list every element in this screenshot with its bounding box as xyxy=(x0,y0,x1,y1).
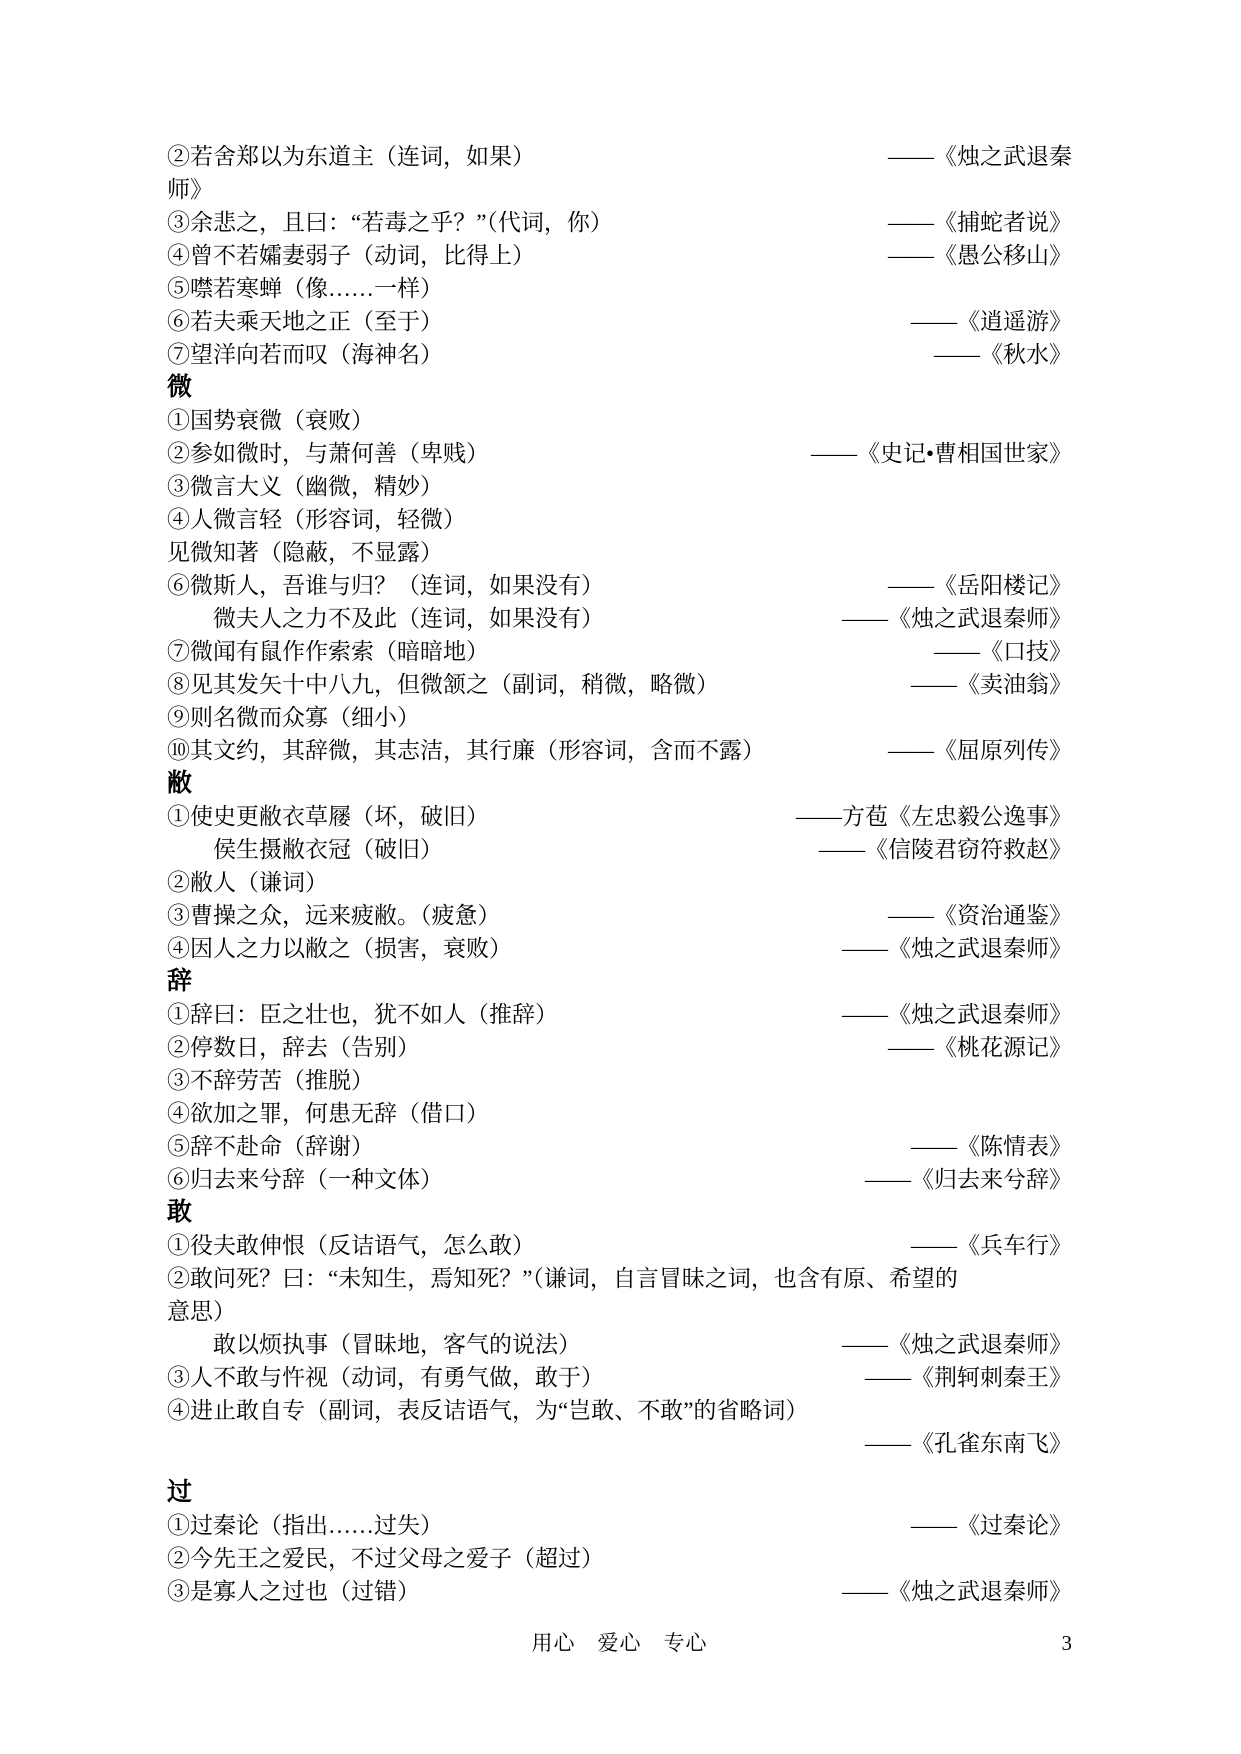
source-citation: ——《孔雀东南飞》 xyxy=(853,1427,1072,1460)
source-citation: ——《资治通鉴》 xyxy=(876,899,1072,932)
section-heading: 敢 xyxy=(167,1196,1072,1229)
glossary-line: ⑦望洋向若而叹（海神名）——《秋水》 xyxy=(167,338,1072,371)
source-citation: ——《过秦论》 xyxy=(899,1509,1072,1542)
glossary-line: ⑤辞不赴命（辞谢）——《陈情表》 xyxy=(167,1130,1072,1163)
heading-word: 敝 xyxy=(167,767,192,800)
source-citation: ——《烛之武退秦师》 xyxy=(830,1575,1072,1608)
source-citation: ——《秋水》 xyxy=(922,338,1072,371)
section-heading: 敝 xyxy=(167,767,1072,800)
glossary-line: ④进止敢自专（副词，表反诘语气，为“岂敢、不敢”的省略词） xyxy=(167,1394,1072,1427)
example-text: 敢以烦执事（冒昧地，客气的说法） xyxy=(167,1328,581,1361)
heading-word: 敢 xyxy=(167,1196,192,1229)
example-text: ①辞曰：臣之壮也，犹不如人（推辞） xyxy=(167,998,558,1031)
source-citation: ——《卖油翁》 xyxy=(899,668,1072,701)
glossary-line: ②停数日，辞去（告别）——《桃花源记》 xyxy=(167,1031,1072,1064)
example-text: ④欲加之罪，何患无辞（借口） xyxy=(167,1097,489,1130)
heading-word: 辞 xyxy=(167,965,192,998)
source-citation: ——《烛之武退秦师》 xyxy=(830,932,1072,965)
glossary-line: ⑥归去来兮辞（一种文体）——《归去来兮辞》 xyxy=(167,1163,1072,1196)
example-text: ⑥归去来兮辞（一种文体） xyxy=(167,1163,443,1196)
example-text: ⑨则名微而众寡（细小） xyxy=(167,701,420,734)
example-text: ③微言大义（幽微，精妙） xyxy=(167,470,443,503)
example-text: ②停数日，辞去（告别） xyxy=(167,1031,420,1064)
example-text: ④进止敢自专（副词，表反诘语气，为“岂敢、不敢”的省略词） xyxy=(167,1394,808,1427)
glossary-line: ④因人之力以敝之（损害，衰败）——《烛之武退秦师》 xyxy=(167,932,1072,965)
source-citation: ——《逍遥游》 xyxy=(899,305,1072,338)
example-text: ①过秦论（指出……过失） xyxy=(167,1509,443,1542)
example-text: ⑩其文约，其辞微，其志洁，其行廉（形容词，含而不露） xyxy=(167,734,765,767)
glossary-line: 师》 xyxy=(167,173,1072,206)
example-text: 微夫人之力不及此（连词，如果没有） xyxy=(167,602,604,635)
source-citation: ——《烛之武退秦师》 xyxy=(830,998,1072,1031)
glossary-line: 敢以烦执事（冒昧地，客气的说法）——《烛之武退秦师》 xyxy=(167,1328,1072,1361)
source-citation: ——《兵车行》 xyxy=(899,1229,1072,1262)
glossary-line: ⑦微闻有鼠作作索索（暗暗地）——《口技》 xyxy=(167,635,1072,668)
source-citation: ——《桃花源记》 xyxy=(876,1031,1072,1064)
glossary-line: ⑤噤若寒蝉（像……一样） xyxy=(167,272,1072,305)
source-citation: ——《烛之武退秦师》 xyxy=(830,602,1072,635)
example-text: ⑥微斯人，吾谁与归？（连词，如果没有） xyxy=(167,569,604,602)
example-text: ③是寡人之过也（过错） xyxy=(167,1575,420,1608)
example-text: ⑦望洋向若而叹（海神名） xyxy=(167,338,443,371)
section-heading: 辞 xyxy=(167,965,1072,998)
glossary-line: ③不辞劳苦（推脱） xyxy=(167,1064,1072,1097)
footer-motto: 用心 爱心 专心 xyxy=(167,1628,1072,1658)
source-citation: ——《口技》 xyxy=(922,635,1072,668)
example-text: 侯生摄敝衣冠（破旧） xyxy=(167,833,443,866)
glossary-line: ④人微言轻（形容词，轻微） xyxy=(167,503,1072,536)
glossary-line: 见微知著（隐蔽，不显露） xyxy=(167,536,1072,569)
glossary-line: ④欲加之罪，何患无辞（借口） xyxy=(167,1097,1072,1130)
example-text: 意思） xyxy=(167,1295,236,1328)
example-text: ②参如微时，与萧何善（卑贱） xyxy=(167,437,489,470)
heading-word: 过 xyxy=(167,1476,192,1509)
glossary-line: ②敢问死？曰：“未知生，焉知死？”（谦词，自言冒昧之词，也含有原、希望的 xyxy=(167,1262,1072,1295)
glossary-line: 微夫人之力不及此（连词，如果没有）——《烛之武退秦师》 xyxy=(167,602,1072,635)
source-citation: ——《屈原列传》 xyxy=(876,734,1072,767)
glossary-line: ——《孔雀东南飞》 xyxy=(167,1427,1072,1460)
glossary-line: ①役夫敢伸恨（反诘语气，怎么敢）——《兵车行》 xyxy=(167,1229,1072,1262)
glossary-line: ⑥微斯人，吾谁与归？（连词，如果没有）——《岳阳楼记》 xyxy=(167,569,1072,602)
glossary-line: 侯生摄敝衣冠（破旧）——《信陵君窃符救赵》 xyxy=(167,833,1072,866)
example-text: ①役夫敢伸恨（反诘语气，怎么敢） xyxy=(167,1229,535,1262)
example-text: ⑤噤若寒蝉（像……一样） xyxy=(167,272,443,305)
source-citation: ——《岳阳楼记》 xyxy=(876,569,1072,602)
page-number: 3 xyxy=(1062,1628,1073,1658)
section-heading: 过 xyxy=(167,1476,1072,1509)
example-text: ①国势衰微（衰败） xyxy=(167,404,374,437)
source-citation: ——《信陵君窃符救赵》 xyxy=(807,833,1072,866)
glossary-line: ③余悲之，且曰：“若毒之乎？”（代词，你）——《捕蛇者说》 xyxy=(167,206,1072,239)
example-text: 师》 xyxy=(167,173,213,206)
example-text: ②敝人（谦词） xyxy=(167,866,328,899)
example-text: ③人不敢与忤视（动词，有勇气做，敢于） xyxy=(167,1361,604,1394)
example-text: ④人微言轻（形容词，轻微） xyxy=(167,503,466,536)
glossary-line: ①辞曰：臣之壮也，犹不如人（推辞）——《烛之武退秦师》 xyxy=(167,998,1072,1031)
glossary-line: ②今先王之爱民，不过父母之爱子（超过） xyxy=(167,1542,1072,1575)
source-citation: ——《归去来兮辞》 xyxy=(853,1163,1072,1196)
glossary-line: ①使史更敝衣草屦（坏，破旧）——方苞《左忠毅公逸事》 xyxy=(167,800,1072,833)
source-citation: ——《烛之武退秦 xyxy=(876,140,1072,173)
glossary-line: 意思） xyxy=(167,1295,1072,1328)
example-text: ⑤辞不赴命（辞谢） xyxy=(167,1130,374,1163)
example-text: ⑥若夫乘天地之正（至于） xyxy=(167,305,443,338)
source-citation: ——《陈情表》 xyxy=(899,1130,1072,1163)
example-text: ⑦微闻有鼠作作索索（暗暗地） xyxy=(167,635,489,668)
source-citation: ——方苞《左忠毅公逸事》 xyxy=(784,800,1072,833)
example-text: ③不辞劳苦（推脱） xyxy=(167,1064,374,1097)
glossary-content: ②若舍郑以为东道主（连词，如果）——《烛之武退秦师》③余悲之，且曰：“若毒之乎？… xyxy=(167,140,1072,1608)
section-heading: 微 xyxy=(167,371,1072,404)
glossary-line: ⑥若夫乘天地之正（至于）——《逍遥游》 xyxy=(167,305,1072,338)
glossary-line: ⑧见其发矢十中八九，但微颔之（副词，稍微，略微）——《卖油翁》 xyxy=(167,668,1072,701)
glossary-line: ①过秦论（指出……过失）——《过秦论》 xyxy=(167,1509,1072,1542)
glossary-line: ②若舍郑以为东道主（连词，如果）——《烛之武退秦 xyxy=(167,140,1072,173)
example-text: ③曹操之众，远来疲敝。（疲惫） xyxy=(167,899,501,932)
source-citation: ——《捕蛇者说》 xyxy=(876,206,1072,239)
example-text: ③余悲之，且曰：“若毒之乎？”（代词，你） xyxy=(167,206,613,239)
heading-word: 微 xyxy=(167,371,192,404)
glossary-line: ⑨则名微而众寡（细小） xyxy=(167,701,1072,734)
example-text: ②敢问死？曰：“未知生，焉知死？”（谦词，自言冒昧之词，也含有原、希望的 xyxy=(167,1262,958,1295)
example-text: ④曾不若孀妻弱子（动词，比得上） xyxy=(167,239,535,272)
example-text: ②今先王之爱民，不过父母之爱子（超过） xyxy=(167,1542,604,1575)
glossary-line: ③人不敢与忤视（动词，有勇气做，敢于）——《荆轲刺秦王》 xyxy=(167,1361,1072,1394)
example-text: 见微知著（隐蔽，不显露） xyxy=(167,536,443,569)
source-citation: ——《烛之武退秦师》 xyxy=(830,1328,1072,1361)
example-text: ④因人之力以敝之（损害，衰败） xyxy=(167,932,512,965)
glossary-line: ⑩其文约，其辞微，其志洁，其行廉（形容词，含而不露）——《屈原列传》 xyxy=(167,734,1072,767)
example-text: ②若舍郑以为东道主（连词，如果） xyxy=(167,140,535,173)
source-citation: ——《荆轲刺秦王》 xyxy=(853,1361,1072,1394)
example-text: ①使史更敝衣草屦（坏，破旧） xyxy=(167,800,489,833)
glossary-line: ①国势衰微（衰败） xyxy=(167,404,1072,437)
glossary-line: ③曹操之众，远来疲敝。（疲惫）——《资治通鉴》 xyxy=(167,899,1072,932)
page-footer: 用心 爱心 专心 3 xyxy=(167,1628,1072,1658)
glossary-line: ②敝人（谦词） xyxy=(167,866,1072,899)
document-page: ②若舍郑以为东道主（连词，如果）——《烛之武退秦师》③余悲之，且曰：“若毒之乎？… xyxy=(0,0,1241,1754)
glossary-line: ③微言大义（幽微，精妙） xyxy=(167,470,1072,503)
source-citation: ——《史记•曹相国世家》 xyxy=(799,437,1072,470)
source-citation: ——《愚公移山》 xyxy=(876,239,1072,272)
glossary-line: ②参如微时，与萧何善（卑贱）——《史记•曹相国世家》 xyxy=(167,437,1072,470)
example-text: ⑧见其发矢十中八九，但微颔之（副词，稍微，略微） xyxy=(167,668,719,701)
glossary-line: ④曾不若孀妻弱子（动词，比得上）——《愚公移山》 xyxy=(167,239,1072,272)
glossary-line: ③是寡人之过也（过错）——《烛之武退秦师》 xyxy=(167,1575,1072,1608)
